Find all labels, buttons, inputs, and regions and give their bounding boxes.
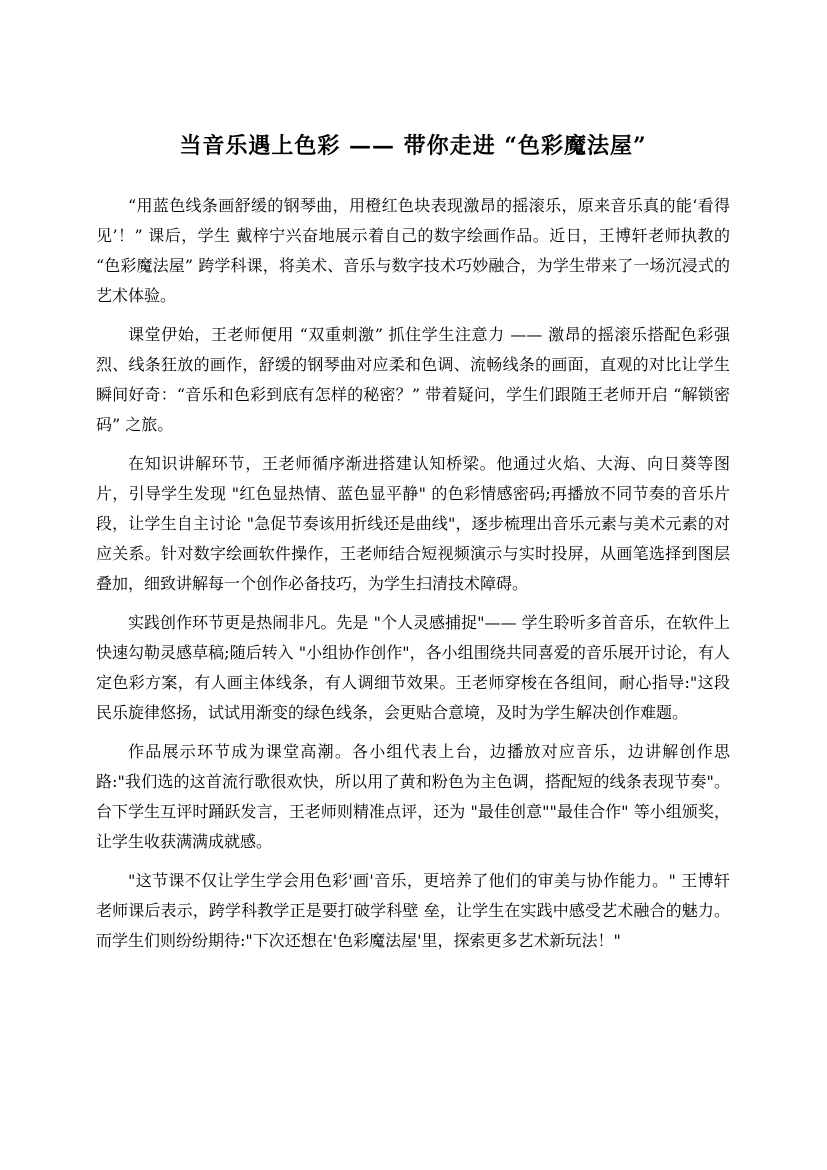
document-title: 当音乐遇上色彩 —— 带你走进 “色彩魔法屋” (96, 131, 730, 161)
paragraph-2: 课堂伊始，王老师便用 “双重刺激” 抓住学生注意力 —— 激昂的摇滚乐搭配色彩强… (96, 320, 730, 440)
paragraph-3: 在知识讲解环节，王老师循序渐进搭建认知桥梁。他通过火焰、大海、向日葵等图片，引导… (96, 449, 730, 599)
paragraph-4: 实践创作环节更是热闹非凡。先是 "个人灵感捕捉"—— 学生聆听多首音乐，在软件上… (96, 608, 730, 728)
paragraph-6: "这节课不仅让学生学会用色彩'画'音乐，更培养了他们的审美与协作能力。" 王博轩… (96, 866, 730, 956)
document-page: 当音乐遇上色彩 —— 带你走进 “色彩魔法屋” “用蓝色线条画舒缓的钢琴曲，用橙… (0, 0, 827, 1170)
paragraph-1: “用蓝色线条画舒缓的钢琴曲，用橙红色块表现激昂的摇滚乐，原来音乐真的能‘看得见’… (96, 191, 730, 311)
paragraph-5: 作品展示环节成为课堂高潮。各小组代表上台，边播放对应音乐，边讲解创作思路:"我们… (96, 737, 730, 857)
document-body: “用蓝色线条画舒缓的钢琴曲，用橙红色块表现激昂的摇滚乐，原来音乐真的能‘看得见’… (96, 191, 730, 956)
